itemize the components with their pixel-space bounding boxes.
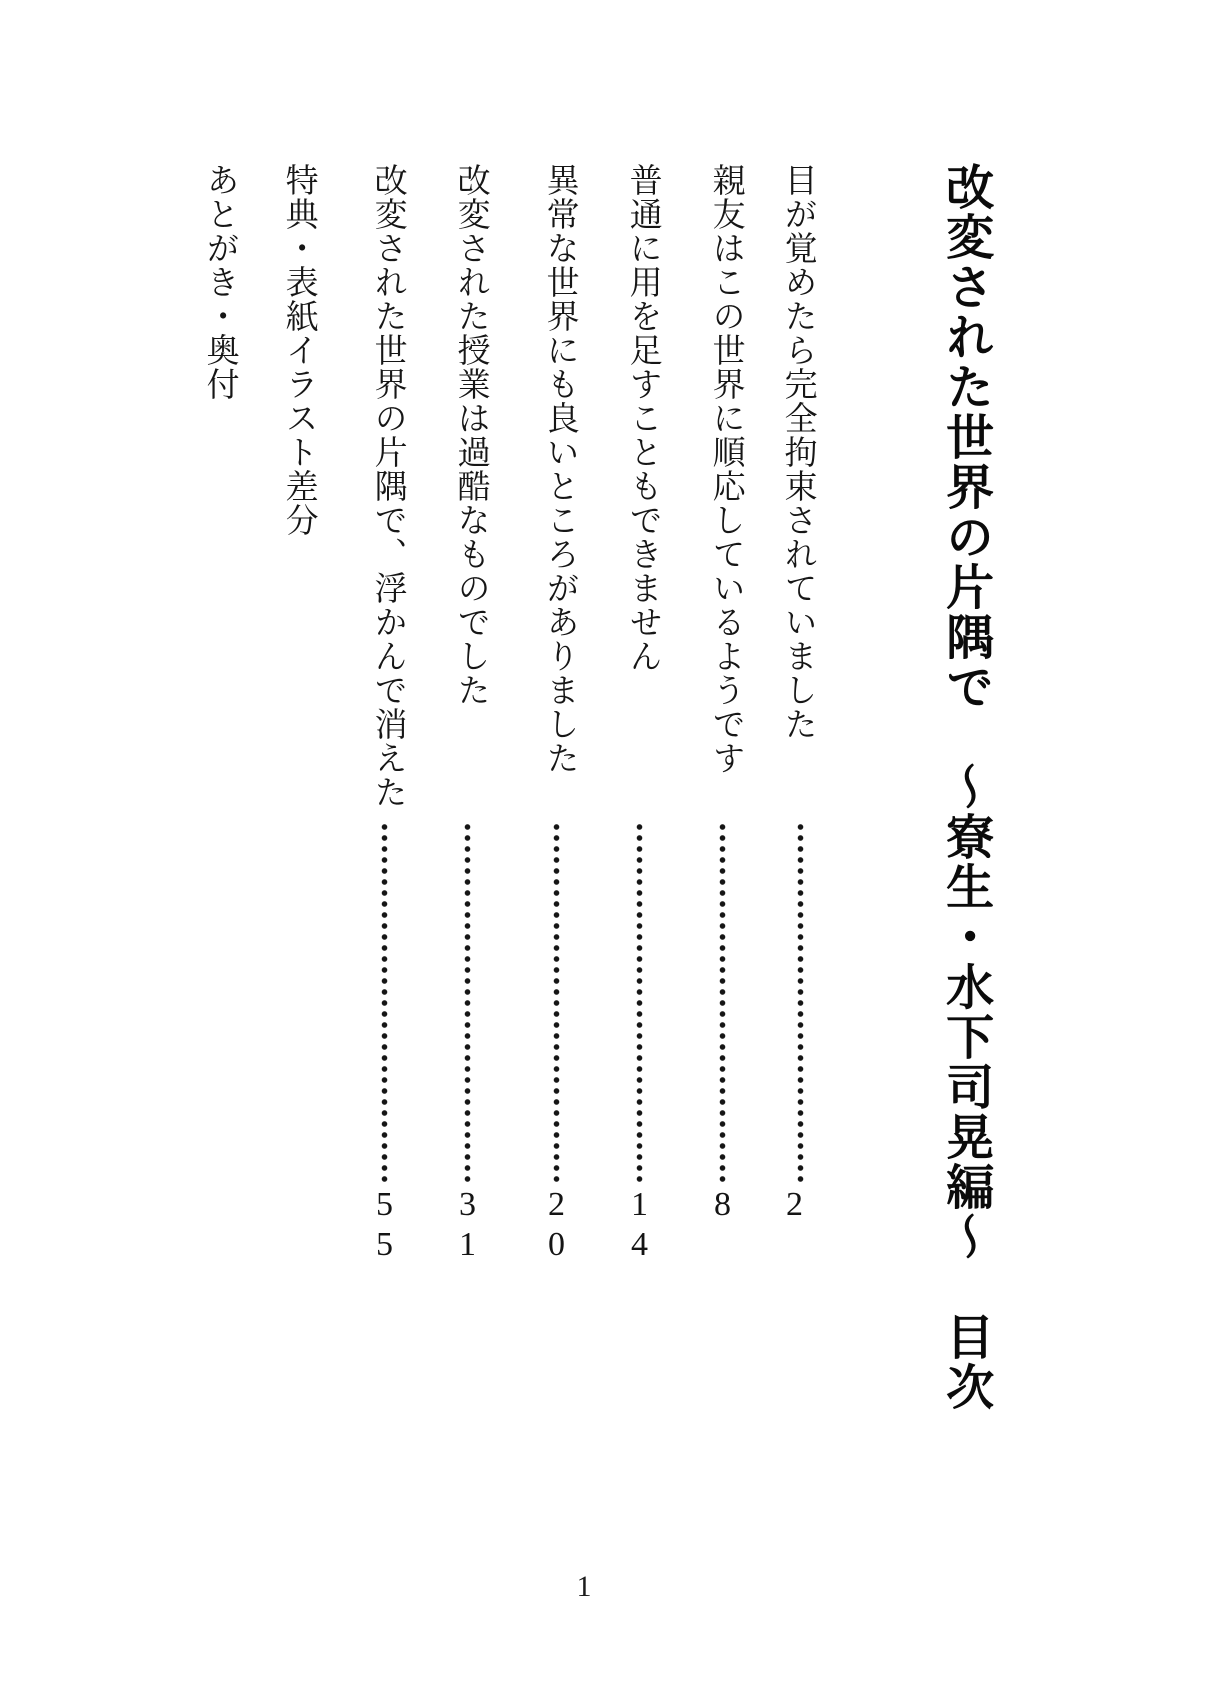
toc-entry-page-number-1: 2 xyxy=(777,1186,811,1226)
toc-entry-title-7: 特典・表紙イラスト差分 xyxy=(278,163,318,537)
toc-entry-title-1: 目が覚めたら完全拘束されていました xyxy=(777,163,817,741)
toc-entry-title-8: あとがき・奥付 xyxy=(199,163,239,401)
toc-entry-title-6: 改変された世界の片隅で、浮かんで消えた xyxy=(367,163,407,809)
toc-page-title: 改変された世界の片隅で ～寮生・水下司晃編～ 目次 xyxy=(936,162,994,1412)
dotted-leader-5 xyxy=(464,822,471,1182)
toc-entry-title-2: 親友はこの世界に順応しているようです xyxy=(705,163,745,775)
toc-entry-page-number-3: 14 xyxy=(622,1186,656,1266)
toc-entry-page-number-2: 8 xyxy=(705,1186,739,1226)
dotted-leader-1 xyxy=(797,822,804,1182)
dotted-leader-6 xyxy=(381,822,388,1182)
page-folio: 1 xyxy=(556,1570,612,1604)
toc-entry-page-number-5: 31 xyxy=(450,1186,484,1266)
toc-entry-page-number-4: 20 xyxy=(539,1186,573,1266)
toc-page: 改変された世界の片隅で ～寮生・水下司晃編～ 目次 目が覚めたら完全拘束されてい… xyxy=(0,0,1213,1702)
dotted-leader-4 xyxy=(553,822,560,1182)
toc-entry-page-number-6: 55 xyxy=(367,1186,401,1266)
toc-entry-title-3: 普通に用を足すこともできません xyxy=(622,163,662,673)
toc-entry-title-5: 改変された授業は過酷なものでした xyxy=(450,163,490,707)
dotted-leader-3 xyxy=(636,822,643,1182)
toc-entry-title-4: 異常な世界にも良いところがありました xyxy=(539,163,579,775)
dotted-leader-2 xyxy=(719,822,726,1182)
